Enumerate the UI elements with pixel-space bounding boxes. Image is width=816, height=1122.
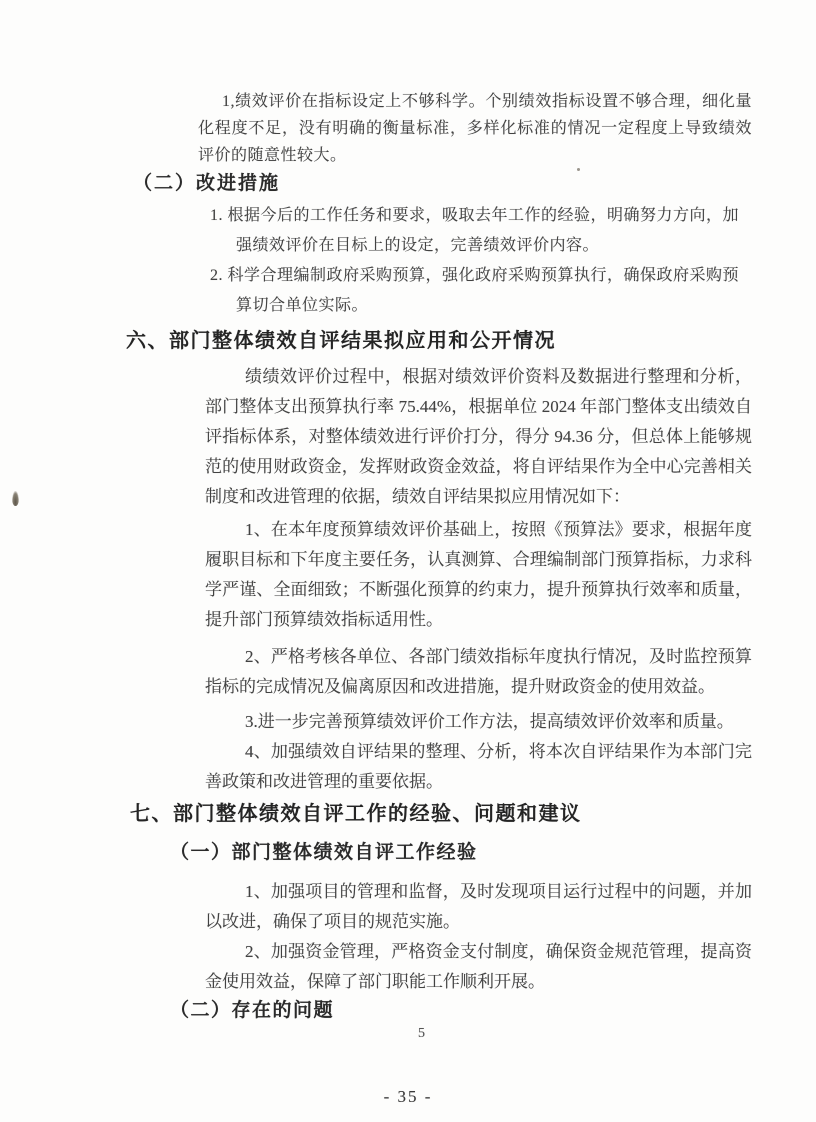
section6-heading: 六、部门整体绩效自评结果拟应用和公开情况	[126, 327, 752, 355]
section7-sub1-heading: （一）部门整体绩效自评工作经验	[170, 840, 752, 866]
improvements-list: 1. 根据今后的工作任务和要求，吸取去年工作的经验，明确努力方向，加强绩效评价在…	[126, 201, 752, 321]
experience-item-1: 1、加强项目的管理和监督，及时发现项目运行过程中的问题，并加以改进，确保了项目的…	[205, 877, 752, 937]
section6-item-3: 3.进一步完善预算绩效评价工作方法，提高绩效评价效率和质量。	[205, 707, 752, 737]
section6-item-4: 4、加强绩效自评结果的整理、分析，将本次自评结果作为本部门完善政策和改进管理的重…	[205, 737, 752, 797]
section6-item-2: 2、严格考核各单位、各部门绩效指标年度执行情况，及时监控预算指标的完成情况及偏离…	[205, 642, 752, 702]
section6-intro: 绩绩效评价过程中，根据对绩效评价资料及数据进行整理和分析，部门整体支出预算执行率…	[205, 362, 752, 512]
improvement-item-1: 1. 根据今后的工作任务和要求，吸取去年工作的经验，明确努力方向，加强绩效评价在…	[210, 201, 744, 261]
footer-page-number: - 35 -	[0, 1087, 816, 1107]
improvement-item-2: 2. 科学合理编制政府采购预算，强化政府采购预算执行，确保政府采购预算切合单位实…	[210, 261, 744, 321]
scan-artifact-left-margin	[12, 491, 19, 506]
document-page: 1,绩效评价在指标设定上不够科学。个别绩效指标设置不够合理，细化量化程度不足，没…	[0, 0, 816, 1122]
inner-page-number: 5	[418, 1026, 426, 1042]
issues-item-1: 1,绩效评价在指标设定上不够科学。个别绩效指标设置不够合理，细化量化程度不足，没…	[198, 88, 752, 169]
document-content: 1,绩效评价在指标设定上不够科学。个别绩效指标设置不够合理，细化量化程度不足，没…	[126, 88, 752, 1024]
section6-item-1: 1、在本年度预算绩效评价基础上，按照《预算法》要求，根据年度履职目标和下年度主要…	[205, 515, 752, 635]
experience-item-2: 2、加强资金管理，严格资金支付制度，确保资金规范管理，提高资金使用效益，保障了部…	[205, 937, 752, 997]
section7-sub2-heading: （二）存在的问题	[170, 998, 752, 1024]
section7-heading: 七、部门整体绩效自评工作的经验、问题和建议	[130, 800, 752, 828]
improvements-heading: （二）改进措施	[133, 171, 752, 197]
